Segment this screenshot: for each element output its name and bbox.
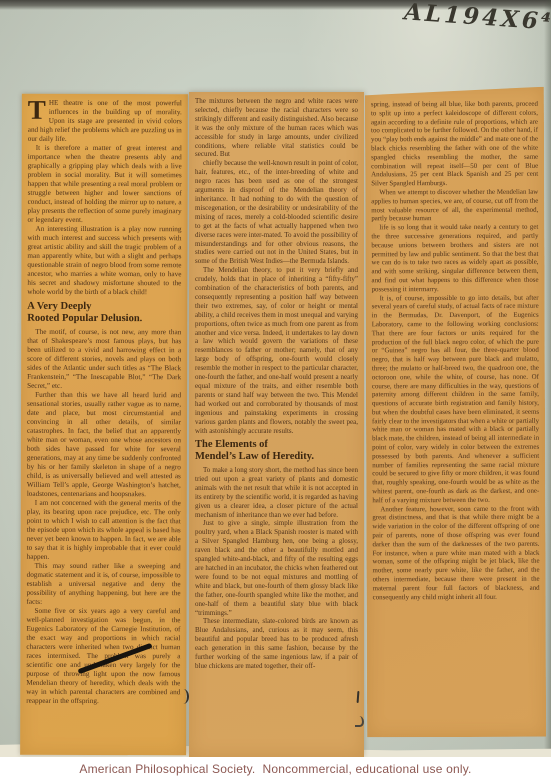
section-heading-line: Mendel’s Law of Heredity. xyxy=(195,451,358,463)
article-paragraph: Just to give a single, simple illustrati… xyxy=(195,519,358,617)
article-paragraph: Some five or six years ago a very carefu… xyxy=(26,606,180,705)
article-paragraph: THE theatre is one of the most powerful … xyxy=(28,99,182,144)
copyright-caption: American Philosophical Society. Noncomme… xyxy=(79,762,471,776)
clipping-column-1: THE theatre is one of the most powerful … xyxy=(20,94,188,755)
article-paragraph: When we attempt to discover whether the … xyxy=(371,189,538,225)
article-paragraph: The motif, of course, is not new, any mo… xyxy=(27,327,181,390)
archival-annotation-handwriting: AL194X6⁴-1 xyxy=(403,0,551,41)
pen-mark-paren xyxy=(179,689,189,704)
clipping-column-3: spring, instead of being all blue, like … xyxy=(365,87,546,738)
article-paragraph: This may sound rather like a sweeping an… xyxy=(27,561,181,606)
section-heading: The Elements of Mendel’s Law of Heredity… xyxy=(195,439,358,463)
article-paragraph: An interesting illustration is a play no… xyxy=(27,225,181,297)
pen-mark-squiggle xyxy=(355,716,364,727)
article-paragraph: spring, instead of being all blue, like … xyxy=(371,101,538,190)
section-heading-line: Rooted Popular Delusion. xyxy=(27,313,181,325)
article-paragraph: chiefly because the well-known result in… xyxy=(195,159,358,266)
article-paragraph: The mixtures between the negro and white… xyxy=(195,97,358,159)
article-paragraph-text: HE theatre is one of the most powerful i… xyxy=(28,99,182,143)
article-paragraph: Further than this we have all heard luri… xyxy=(27,390,181,498)
section-heading-line: A Very Deeply xyxy=(27,301,181,313)
article-paragraph: It is therefore a matter of great intere… xyxy=(28,144,182,225)
article-paragraph: life is so long that it would take nearl… xyxy=(371,224,538,295)
caption-band: American Philosophical Society. Noncomme… xyxy=(0,757,551,780)
article-paragraph: Another feature, however, soon came to t… xyxy=(372,505,539,602)
section-heading: A Very Deeply Rooted Popular Delusion. xyxy=(27,301,181,325)
drop-cap: T xyxy=(28,99,46,122)
clipping-column-2: The mixtures between the negro and white… xyxy=(189,92,364,757)
section-heading-line: The Elements of xyxy=(195,439,358,451)
scanned-page: AL194X6⁴-1 THE theatre is one of the mos… xyxy=(0,0,551,757)
article-paragraph: It is, of course, impossible to go into … xyxy=(372,294,540,506)
article-paragraph: To make a long story short, the method h… xyxy=(195,466,358,519)
article-paragraph: I am not concerned with the general meri… xyxy=(27,498,181,561)
article-paragraph: The Mendelian theory, to put it very bri… xyxy=(195,266,358,435)
article-paragraph: These intermediate, slate-colored birds … xyxy=(195,617,358,670)
